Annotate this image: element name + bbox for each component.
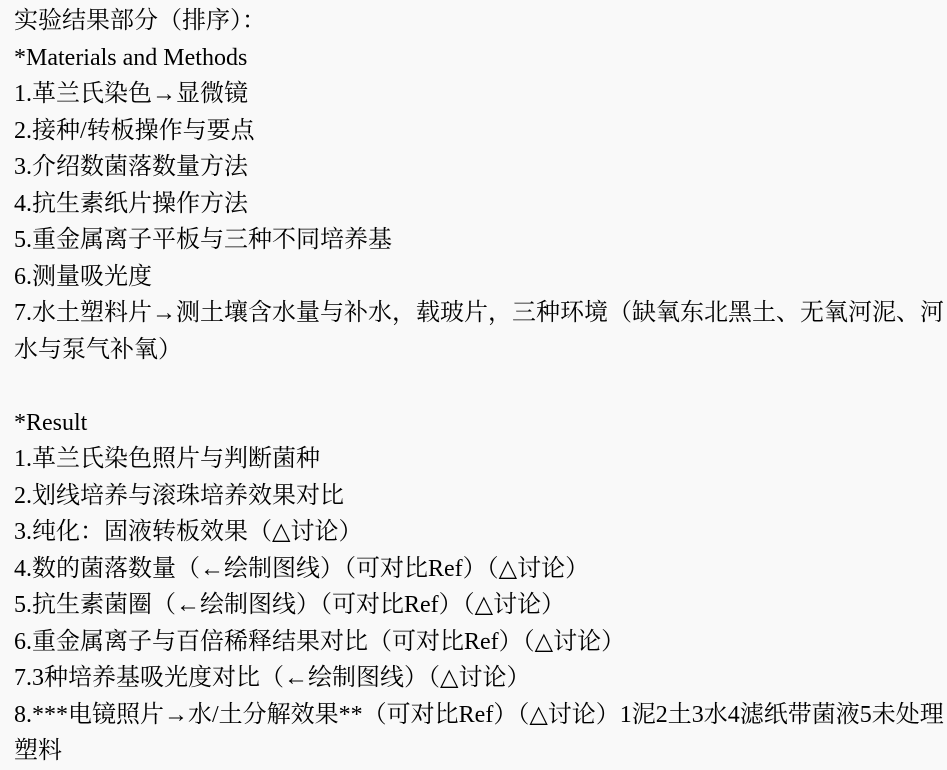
methods-heading: *Materials and Methods: [14, 40, 944, 77]
blank-line: [14, 368, 944, 405]
methods-item: 1.革兰氏染色→显微镜: [14, 76, 944, 113]
results-item: 8.***电镜照片→水/土分解效果**（可对比Ref）（△讨论）1泥2土3水4滤…: [14, 697, 944, 762]
methods-item: 4.抗生素纸片操作方法: [14, 186, 944, 223]
results-heading: *Result: [14, 405, 944, 442]
methods-item: 2.接种/转板操作与要点: [14, 113, 944, 150]
results-item: 5.抗生素菌圈（←绘制图线）（可对比Ref）（△讨论）: [14, 587, 944, 624]
results-item: 7.3种培养基吸光度对比（←绘制图线）（△讨论）: [14, 660, 944, 697]
results-item: 6.重金属离子与百倍稀释结果对比（可对比Ref）（△讨论）: [14, 624, 944, 661]
document-title: 实验结果部分（排序）：: [14, 3, 944, 40]
results-item: 2.划线培养与滚珠培养效果对比: [14, 478, 944, 515]
results-item: 1.革兰氏染色照片与判断菌种: [14, 441, 944, 478]
methods-item: 6.测量吸光度: [14, 259, 944, 296]
results-item: 4.数的菌落数量（←绘制图线）（可对比Ref）（△讨论）: [14, 551, 944, 588]
results-item: 3.纯化：固液转板效果（△讨论）: [14, 514, 944, 551]
document-body: 实验结果部分（排序）： *Materials and Methods 1.革兰氏…: [14, 3, 944, 761]
methods-item: 7.水土塑料片→测土壤含水量与补水，载玻片，三种环境（缺氧东北黑土、无氧河泥、河…: [14, 295, 944, 368]
methods-item: 3.介绍数菌落数量方法: [14, 149, 944, 186]
methods-item: 5.重金属离子平板与三种不同培养基: [14, 222, 944, 259]
